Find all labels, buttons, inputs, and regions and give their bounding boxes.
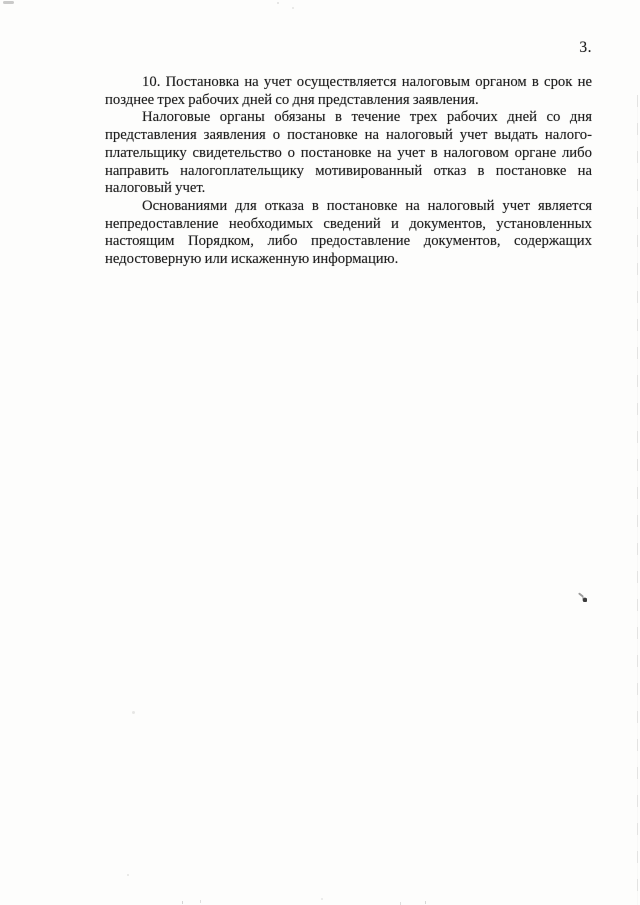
text-line: представления заявления о постановке на …: [105, 127, 592, 145]
scan-speck: [425, 901, 426, 904]
paragraph-1: 10. Постановка на учет осуществляется на…: [105, 74, 592, 109]
scan-speck: [182, 901, 183, 904]
scan-mark-dot: [583, 598, 587, 602]
paragraph-3: Основаниями для отказа в постановке на н…: [105, 198, 592, 269]
scan-speck: [200, 900, 201, 903]
text-line: Налоговые органы обязаны в течение трех …: [105, 109, 592, 127]
text-line: плательщику свидетельство о постановке н…: [105, 145, 592, 163]
scan-speck: [321, 898, 323, 900]
scan-mark-stroke: [578, 592, 584, 597]
text-block: 10. Постановка на учет осуществляется на…: [105, 74, 592, 269]
text-line: направить налогоплательщику мотивированн…: [105, 163, 592, 181]
page-number: 3.: [105, 39, 592, 57]
text-line: настоящим Порядком, либо предоставление …: [105, 233, 592, 251]
text-line: налоговый учет.: [105, 180, 592, 198]
scan-speck: [292, 7, 294, 9]
scan-smudge: [3, 1, 14, 4]
text-line: непредоставление необходимых сведений и …: [105, 216, 592, 234]
paragraph-2: Налоговые органы обязаны в течение трех …: [105, 109, 592, 198]
scan-speck: [277, 2, 279, 4]
scan-page-edge-line: [637, 95, 638, 905]
scan-speck: [127, 874, 129, 876]
text-line: Основаниями для отказа в постановке на н…: [105, 198, 592, 216]
text-line: позднее трех рабочих дней со дня предста…: [105, 92, 592, 110]
text-line: недостоверную или искаженную информацию.: [105, 251, 592, 269]
document-page: 3. 10. Постановка на учет осуществляется…: [0, 0, 640, 905]
scan-speck: [132, 711, 135, 714]
text-line: 10. Постановка на учет осуществляется на…: [105, 74, 592, 92]
